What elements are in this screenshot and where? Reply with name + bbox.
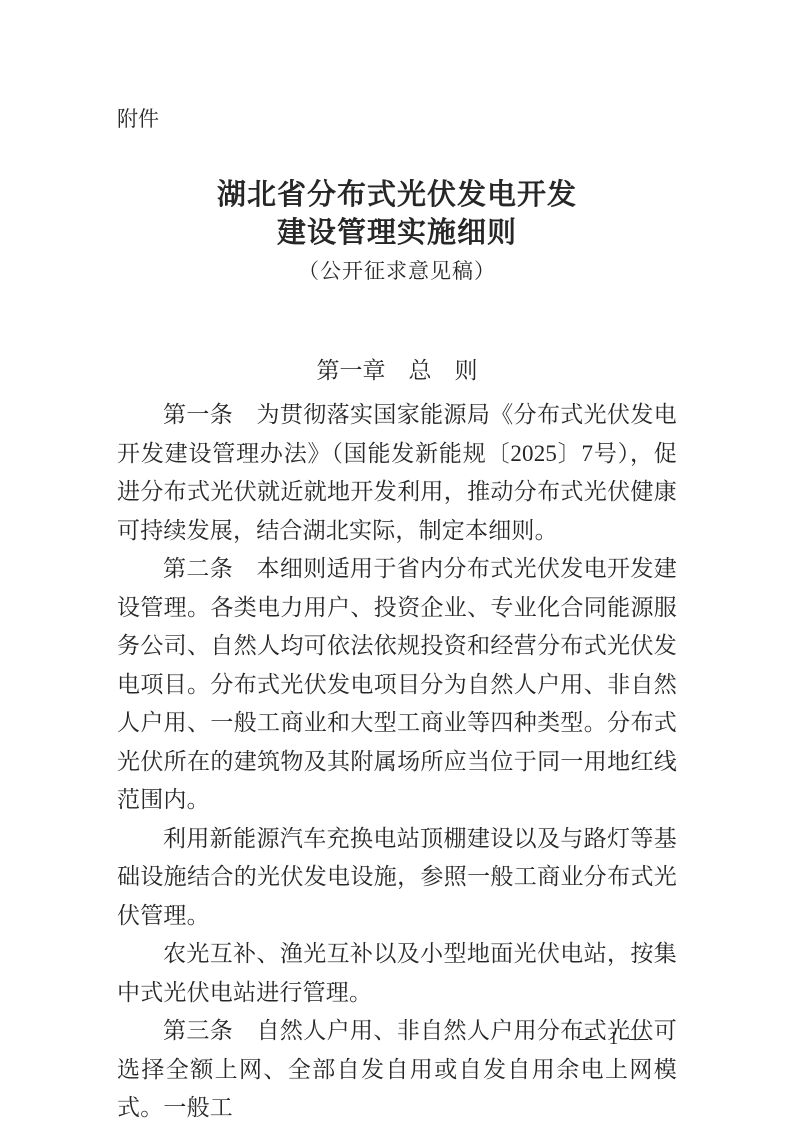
chapter-heading: 第一章 总 则 <box>117 352 677 390</box>
paragraph-article-2: 第二条 本细则适用于省内分布式光伏发电开发建设管理。各类电力用户、投资企业、专业… <box>117 550 677 820</box>
document-title-line1: 湖北省分布式光伏发电开发 <box>117 176 677 214</box>
document-body: 第一条 为贯彻落实国家能源局《分布式光伏发电开发建设管理办法》（国能发新能规〔2… <box>117 396 677 1122</box>
attachment-label: 附件 <box>117 106 677 132</box>
paragraph-article-2-supplement-ev-canopy: 利用新能源汽车充换电站顶棚建设以及与路灯等基础设施结合的光伏发电设施，参照一般工… <box>117 820 677 936</box>
document-title: 湖北省分布式光伏发电开发 建设管理实施细则 <box>117 176 677 252</box>
document-title-line2: 建设管理实施细则 <box>117 214 677 252</box>
paragraph-article-2-supplement-agrivoltaics: 农光互补、渔光互补以及小型地面光伏电站，按集中式光伏电站进行管理。 <box>117 935 677 1012</box>
document-page: 附件 湖北省分布式光伏发电开发 建设管理实施细则 （公开征求意见稿） 第一章 总… <box>0 0 793 1122</box>
paragraph-article-1: 第一条 为贯彻落实国家能源局《分布式光伏发电开发建设管理办法》（国能发新能规〔2… <box>117 396 677 550</box>
document-subtitle: （公开征求意见稿） <box>117 256 677 286</box>
page-number: — 1 — <box>579 1028 651 1050</box>
